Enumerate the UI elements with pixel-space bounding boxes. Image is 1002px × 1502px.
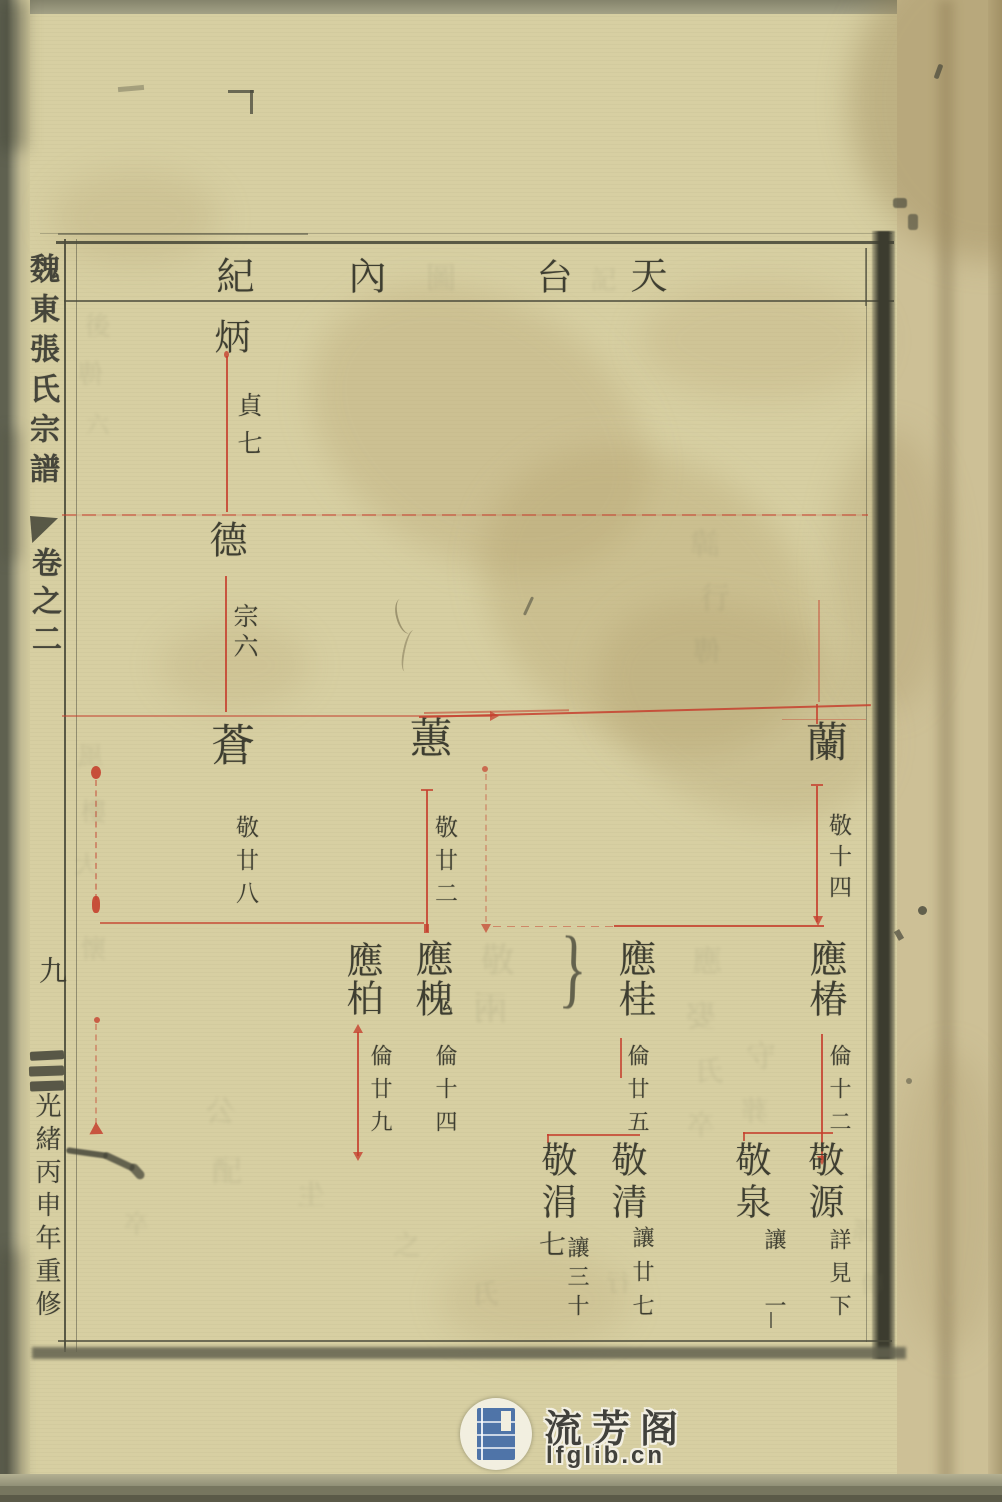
binding-shadow-bottom [0, 1250, 22, 1502]
ink-smear [66, 1147, 108, 1159]
bleedthrough-glyph: 敬 [476, 942, 510, 976]
person-name: 應桂 [614, 939, 652, 1019]
edition-note: 光緒丙申年重修 [33, 1092, 59, 1323]
corner-stain [850, 0, 1002, 260]
tree-line [743, 1132, 833, 1134]
page-top-edge [0, 0, 1002, 14]
person-rank-extra: 七 [536, 1230, 563, 1257]
book-label [501, 1411, 511, 1431]
person-rank: 貞七 [235, 392, 260, 468]
tab-bar [29, 1065, 64, 1076]
binding-shadow-top [0, 0, 26, 150]
bleedthrough-glyph: 卒 [690, 1110, 718, 1138]
person-name: 德 [205, 520, 243, 558]
frame-top-outer-stub [58, 233, 308, 235]
bleedthrough-glyph: 傳 [857, 1272, 881, 1296]
background-bottom-dark-line [0, 1495, 1002, 1502]
bleedthrough-glyph: 之 [390, 1230, 418, 1258]
bleedthrough-glyph: 娶 [690, 1000, 720, 1030]
water-stain [900, 1050, 1000, 1350]
person-name: 蒼 [206, 722, 250, 766]
bleedthrough-glyph: 傳 [696, 636, 724, 664]
tree-line [226, 356, 228, 512]
header-char: 天 [626, 256, 663, 293]
bleedthrough-glyph: 生 [300, 1180, 328, 1208]
bleedthrough-glyph: 卒 [126, 1210, 152, 1236]
bleedthrough-glyph: 六 [82, 412, 106, 436]
person-name: 蘭 [802, 720, 844, 762]
person-name: 蕙 [406, 716, 448, 758]
ink-speck [893, 198, 907, 208]
header-separator-line [64, 300, 894, 302]
tree-line [743, 1132, 745, 1141]
bleedthrough-glyph: 行 [696, 582, 726, 612]
tree-line [94, 1017, 100, 1023]
person-rank: 倫廿五 [626, 1044, 648, 1143]
bleedthrough-glyph: 風 [80, 742, 106, 768]
red-arrowhead [353, 1024, 363, 1033]
person-rank: 宗六 [231, 603, 256, 663]
person-rank: 讓三十 [566, 1236, 588, 1323]
ink-speck [908, 214, 918, 230]
watermark: 流芳阁 lfglib.cn [436, 1390, 696, 1480]
red-arrowhead [353, 1152, 363, 1161]
tree-line [100, 922, 424, 924]
person-name: 炳 [212, 318, 248, 354]
tree-line [424, 924, 429, 933]
bleedthrough-glyph: 記 [588, 266, 614, 292]
tab-bar [30, 1080, 64, 1091]
person-name: 敬源 [806, 1141, 842, 1225]
person-rank: 倫十二 [828, 1044, 850, 1143]
bleedthrough-glyph: 懷 [78, 935, 104, 961]
header-char: 內 [344, 256, 382, 294]
person-name: 敬泉 [733, 1141, 769, 1225]
ink-speck [118, 85, 144, 92]
frame-left-line-inner [76, 239, 77, 1352]
spine-triangle-mark [30, 516, 58, 543]
book-icon [477, 1408, 515, 1460]
tree-line [816, 786, 818, 922]
bleedthrough-glyph: 配 [208, 1155, 238, 1185]
person-rank: 詳見下 [828, 1228, 850, 1327]
bleedthrough-glyph: 守 [742, 1040, 772, 1070]
watermark-site-url: lfglib.cn [546, 1442, 665, 1470]
tree-line [818, 600, 820, 702]
bleedthrough-glyph: 樓 [78, 798, 104, 824]
frame-right-border-band [872, 231, 895, 1359]
spine-title: 魏東張氏宗譜 [26, 253, 56, 493]
bleedthrough-glyph: 諱 [694, 528, 724, 558]
tree-line [62, 514, 868, 516]
red-arrowhead [481, 924, 491, 933]
bleedthrough-glyph: 公 [210, 1095, 240, 1125]
person-rank: 敬廿八 [234, 815, 257, 914]
frame-left-line-outer [64, 239, 66, 1352]
bleedthrough-glyph: 孫 [856, 1218, 880, 1242]
bleedthrough-glyph: 後 [82, 312, 108, 338]
person-name: 應椿 [805, 939, 843, 1019]
ink-speck [906, 1078, 912, 1084]
water-stain [640, 280, 880, 400]
person-name: 敬涓 [539, 1141, 575, 1225]
bleedthrough-glyph: 氏 [470, 1280, 496, 1306]
header-char: 紀 [212, 256, 250, 294]
person-rank: 敬十四 [827, 813, 850, 906]
person-rank: 讓一 [763, 1228, 785, 1360]
tree-line [485, 774, 487, 922]
tree-line [493, 926, 615, 927]
bleedthrough-glyph: 大 [78, 852, 102, 876]
bleedthrough-glyph: 應 [688, 945, 718, 975]
tree-line [426, 790, 428, 932]
person-rank: 敬廿二 [433, 815, 456, 914]
inner-right-divider-top-segment [865, 248, 867, 306]
brace-ink-mark: } [558, 917, 589, 1020]
bleedthrough-glyph: 兩 [478, 990, 512, 1024]
bleedthrough-glyph: 子 [855, 1165, 879, 1189]
genealogy-scan-page: 紀 內 台 天 炳 貞七 德 宗六 蒼 敬廿八 蕙 敬廿二 蘭 敬十四 應柏 倫… [0, 0, 1002, 1502]
crumple-mark [399, 629, 419, 673]
spine-volume: 卷之二 [28, 547, 58, 661]
tree-line [92, 896, 100, 913]
tree-line [357, 1032, 359, 1156]
bleedthrough-glyph: 氏 [692, 1056, 720, 1084]
person-rank: 倫十四 [434, 1044, 456, 1143]
person-rank: 倫廿九 [369, 1044, 391, 1143]
tree-line [620, 1038, 622, 1078]
tab-bar [30, 1050, 64, 1061]
ink-smear [128, 1162, 147, 1181]
bleedthrough-glyph: 傳 [80, 360, 106, 386]
ink-tick [770, 1312, 772, 1328]
frame-top-line [56, 241, 894, 244]
tree-line [614, 925, 824, 927]
ink-speck [918, 906, 927, 915]
tree-line [482, 766, 488, 772]
ink-speck [250, 90, 253, 114]
bleedthrough-glyph: 葬 [744, 1096, 772, 1124]
tree-line [95, 1024, 97, 1124]
binding-shadow-mid [0, 430, 20, 560]
bleedthrough-glyph: 圖 [430, 262, 460, 292]
page-number: 九 [36, 956, 64, 984]
person-name: 敬清 [609, 1141, 645, 1225]
person-name: 應槐 [411, 939, 449, 1019]
red-arrowhead [89, 1122, 106, 1140]
person-name: 應柏 [342, 941, 379, 1017]
crumple-mark [392, 596, 419, 635]
tree-line [225, 576, 227, 712]
header-char: 台 [534, 258, 570, 294]
bleedthrough-glyph: 行 [610, 1270, 634, 1294]
